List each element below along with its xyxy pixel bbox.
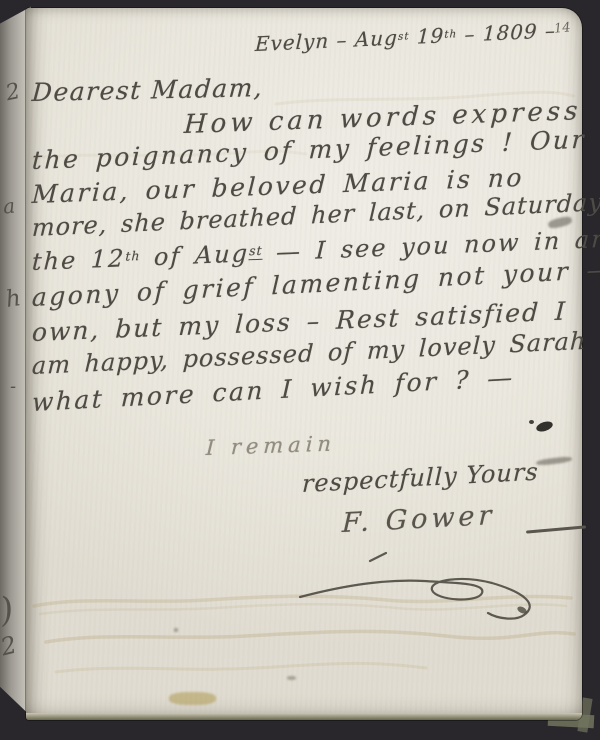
signature-flourish — [296, 553, 596, 638]
page-bottom-edge — [26, 713, 582, 720]
speck — [287, 676, 296, 680]
flourish-paraph — [300, 579, 530, 619]
dateline-year: – 1809 – — [456, 18, 556, 47]
scan-background: 2 a h - ) 2 14 Evelyn – Augst 19th – 180… — [0, 0, 600, 740]
stain — [169, 692, 216, 705]
margin-fragment: ) — [0, 589, 17, 631]
margin-fragment: 2 — [0, 631, 19, 662]
dateline-month-superscript: st — [397, 30, 409, 43]
ink-blot — [529, 420, 534, 424]
margin-fragment: 2 — [4, 79, 23, 106]
margin-fragment: - — [10, 376, 16, 397]
date-sentence-pre: the 12 — [31, 244, 126, 276]
dateline-day: 19 — [409, 23, 445, 49]
margin-fragment: h — [4, 285, 22, 313]
dateline-day-superscript: th — [444, 28, 457, 41]
closing-i-remain: I remain — [205, 431, 336, 460]
margin-fragment: a — [2, 193, 16, 218]
date-sentence-mid: of Aug — [140, 239, 250, 271]
speck — [174, 628, 178, 632]
flourish-tick — [370, 553, 386, 561]
date-sentence-superscript: st — [249, 243, 263, 261]
letter-page: 14 Evelyn – Augst 19th – 1809 – Dearest … — [26, 8, 582, 720]
date-sentence-superscript: th — [125, 248, 141, 264]
salutation: Dearest Madam, — [31, 73, 264, 107]
